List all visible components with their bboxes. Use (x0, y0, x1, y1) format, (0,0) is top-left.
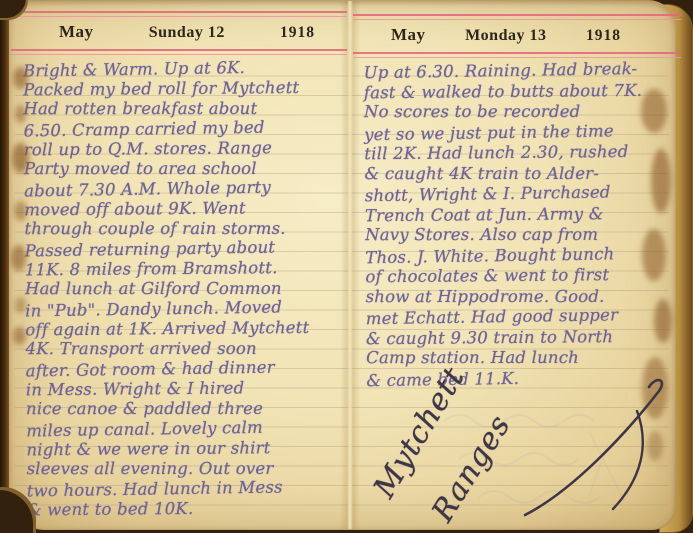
paper-stain (12, 143, 29, 173)
header-rule-bottom (353, 52, 681, 58)
diary-line: Trench Coat at Jun. Army & (365, 203, 655, 226)
diary-entry-text: Up at 6.30. Raining. Had break-fast & wa… (364, 60, 657, 391)
paper-stain (641, 89, 667, 133)
paper-stain (642, 229, 666, 281)
diary-line: show at Hippodrome. Good. (366, 286, 656, 307)
diary-line: of chocolates & went to first (365, 265, 655, 288)
diary-line: Had rotten breakfast about (23, 99, 339, 119)
diary-line: & went to bed 10K. (27, 498, 343, 521)
signature-flourish (497, 373, 687, 523)
diary-line: Packed my bed roll for Mytchett (23, 78, 339, 101)
header-year: 1918 (586, 27, 621, 45)
page-header: May Sunday 12 1918 (19, 22, 341, 42)
diary-entry-text: Bright & Warm. Up at 6K.Packed my bed ro… (23, 58, 343, 521)
diary-line: roll up to Q.M. stores. Range (24, 138, 340, 161)
diary-line: 11K. 8 miles from Bramshott. (25, 258, 341, 281)
paper-stain (14, 201, 27, 221)
header-day: Monday 13 (465, 27, 546, 45)
diary-page-left: May Sunday 12 1918 Bright & Warm. Up at … (19, 1, 341, 529)
paper-stain (13, 67, 28, 89)
header-day: Sunday 12 (149, 24, 225, 42)
header-rule-top (353, 14, 681, 20)
paper-stain (15, 297, 26, 313)
diary-line: No scores to be recorded (364, 102, 654, 123)
diary-line: Party moved to area school (24, 159, 340, 179)
paper-stain (11, 245, 26, 271)
header-month: May (391, 25, 426, 45)
diary-line: off again at 1K. Arrived Mytchett (25, 318, 341, 341)
diary-line: Camp station. Had lunch (366, 348, 656, 369)
paper-stain (15, 105, 26, 123)
book-cover-edge (0, 0, 9, 533)
diary-line: & caught 9.30 train to North (366, 326, 656, 349)
diary-line: night & we were in our shirt (26, 438, 342, 461)
diary-line: through couple of rain storms. (24, 219, 340, 239)
paper-stain (654, 299, 672, 343)
paper-stain (651, 149, 671, 213)
open-diary-spread: May Sunday 12 1918 Bright & Warm. Up at … (8, 0, 676, 530)
diary-line: nice canoe & paddled three (26, 399, 342, 419)
diary-line: fast & walked to butts about 7K. (364, 80, 654, 103)
diary-line: yet so we just put in the time (364, 120, 654, 145)
header-month: May (59, 22, 94, 42)
diary-line: in Mess. Wright & I hired (26, 378, 342, 401)
diary-line: moved off about 9K. Went (24, 198, 340, 221)
diary-line: & caught 4K train to Alder- (365, 163, 655, 184)
diary-line: Thos. J. White. Bought bunch (365, 243, 655, 268)
diary-line: 4K. Transport arrived soon (26, 339, 342, 359)
page-header: May Monday 13 1918 (353, 25, 655, 45)
paper-stain (13, 327, 26, 345)
header-rule-bottom (11, 49, 347, 55)
diary-line: till 2K. Had lunch 2.30, rushed (364, 142, 654, 165)
diary-line: sleeves all evening. Out over (27, 459, 343, 479)
diary-scan: May Sunday 12 1918 Bright & Warm. Up at … (0, 0, 693, 533)
diary-line: Had lunch at Gilford Common (25, 279, 341, 299)
header-rule-top (11, 11, 347, 17)
header-year: 1918 (280, 24, 315, 42)
diary-line: Navy Stores. Also cap from (365, 225, 655, 246)
